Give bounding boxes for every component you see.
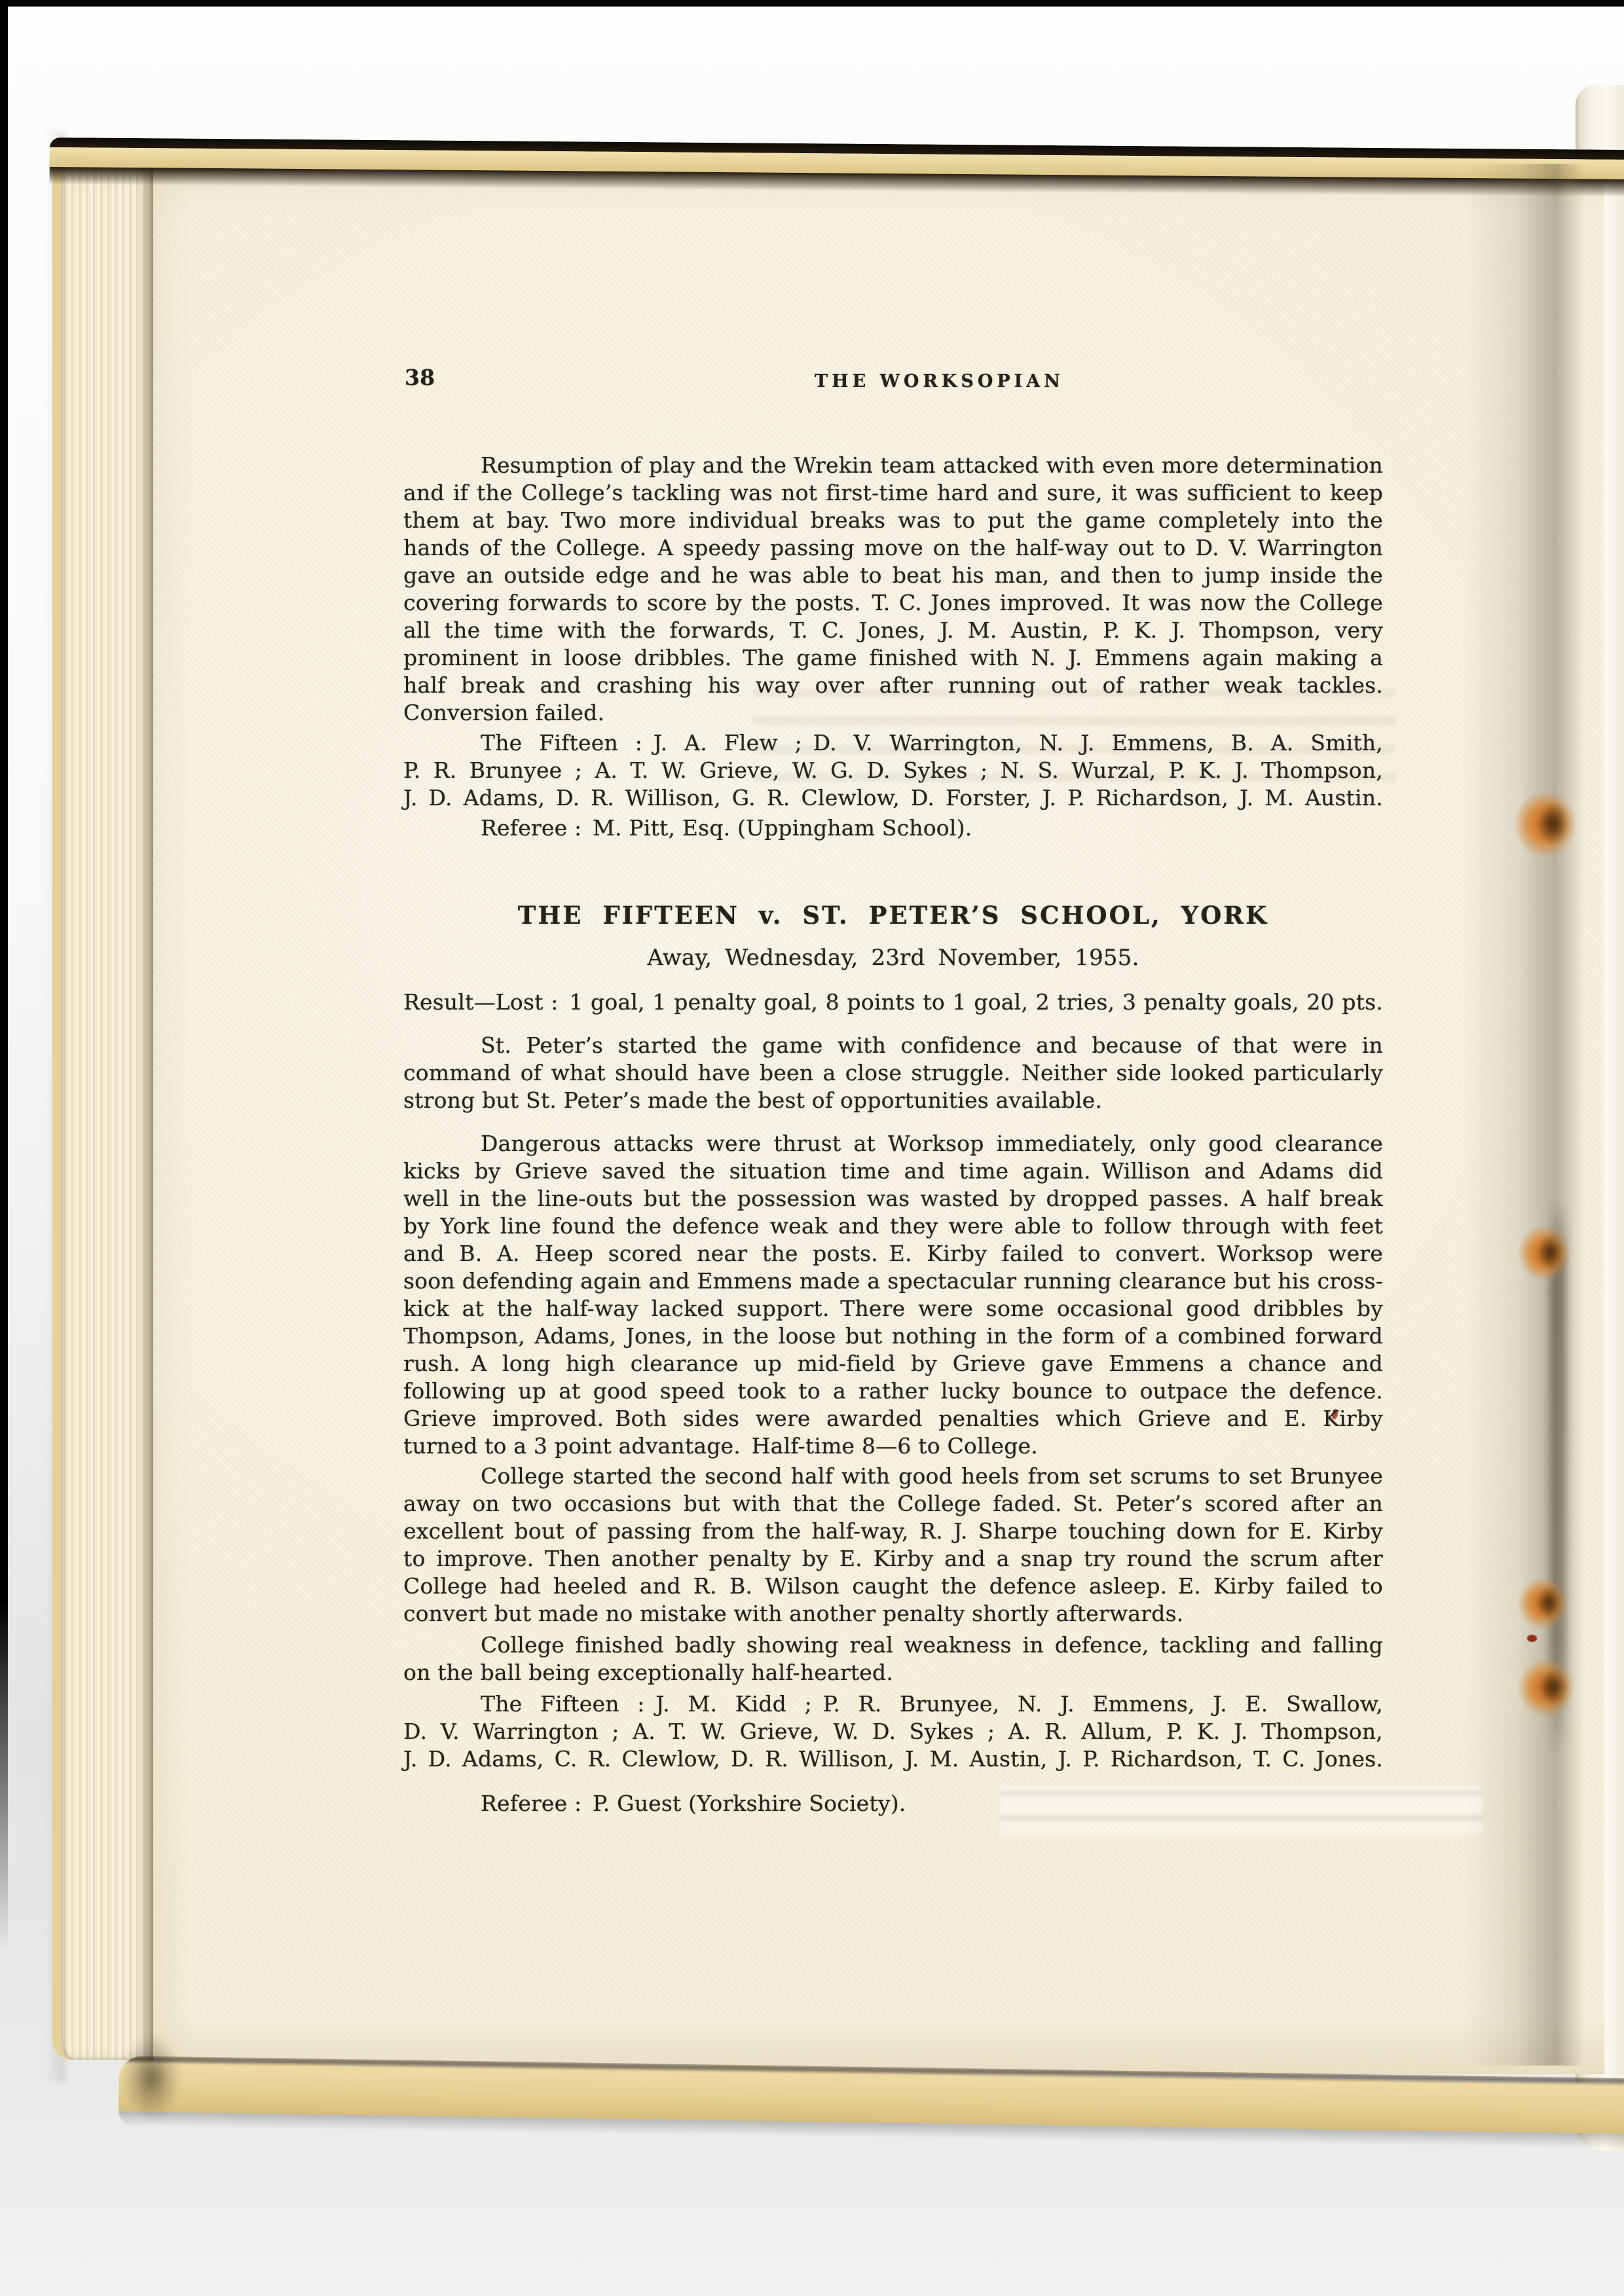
- wrekin-match-paragraph: Resumption of play and the Wrekin team a…: [403, 452, 1383, 727]
- st-peters-team-list: The Fifteen : J. M. Kidd ; P. R. Brunyee…: [403, 1690, 1383, 1773]
- red-ink-speck: [1527, 1635, 1537, 1642]
- text-line: away on two occasions but with that the …: [403, 1490, 1383, 1518]
- text-line: all the time with the forwards, T. C. Jo…: [403, 617, 1383, 644]
- match-heading: THE FIFTEEN v. ST. PETER’S SCHOOL, YORK: [403, 901, 1383, 930]
- text-line: by York line found the defence weak and …: [403, 1212, 1383, 1240]
- foxing-spot: [1518, 1226, 1570, 1281]
- text-line: College had heeled and R. B. Wilson caug…: [403, 1573, 1383, 1600]
- text-line: rush. A long high clearance up mid-field…: [403, 1350, 1383, 1377]
- text-line: convert but made no mistake with another…: [403, 1600, 1383, 1628]
- text-line: following up at good speed took to a rat…: [403, 1377, 1383, 1405]
- text-line: soon defending again and Emmens made a s…: [403, 1267, 1383, 1295]
- text-line: P. R. Brunyee ; A. T. W. Grieve, W. G. D…: [403, 757, 1383, 784]
- text-line: hands of the College. A speedy passing m…: [403, 534, 1383, 562]
- gutter-shadow: [1464, 164, 1585, 2066]
- text-line: turned to a 3 point advantage. Half-time…: [403, 1432, 1383, 1460]
- text-line: on the ball being exceptionally half-hea…: [403, 1659, 1383, 1686]
- text-line: The Fifteen : J. M. Kidd ; P. R. Brunyee…: [403, 1690, 1383, 1718]
- text-line: and if the College’s tackling was not fi…: [403, 479, 1383, 507]
- text-line: prominent in loose dribbles. The game fi…: [403, 644, 1383, 672]
- text-line: covering forwards to score by the posts.…: [403, 589, 1383, 617]
- text-line: kicks by Grieve saved the situation time…: [403, 1157, 1383, 1185]
- printed-text-column: 38 THE WORKSOPIAN Resumption of play and…: [403, 364, 1383, 1817]
- text-line: kick at the half-way lacked support. The…: [403, 1295, 1383, 1322]
- text-line: Conversion failed.: [403, 699, 1383, 727]
- text-line: D. V. Warrington ; A. T. W. Grieve, W. D…: [403, 1718, 1383, 1745]
- page-number: 38: [405, 364, 435, 392]
- text-line: Dangerous attacks were thrust at Worksop…: [403, 1130, 1383, 1157]
- wrekin-referee-line: Referee : M. Pitt, Esq. (Uppingham Schoo…: [403, 814, 1383, 842]
- scanned-book-page: { "colors": { "paper": "#f5eeda", "ink":…: [0, 0, 1624, 2296]
- text-line: Grieve improved. Both sides were awarded…: [403, 1405, 1383, 1432]
- st-peters-referee-line: Referee : P. Guest (Yorkshire Society).: [403, 1790, 1383, 1817]
- st-peters-paragraph-3: College started the second half with goo…: [403, 1463, 1383, 1628]
- cover-corner-shadow: [122, 2013, 220, 2121]
- text-line: J. D. Adams, D. R. Willison, G. R. Clewl…: [403, 784, 1383, 812]
- st-peters-paragraph-2: Dangerous attacks were thrust at Worksop…: [403, 1130, 1383, 1460]
- text-line: to improve. Then another penalty by E. K…: [403, 1545, 1383, 1573]
- scanner-top-edge: [0, 0, 1624, 7]
- text-line: command of what should have been a close…: [403, 1059, 1383, 1087]
- match-date-line: Away, Wednesday, 23rd November, 1955.: [403, 944, 1383, 972]
- text-line: J. D. Adams, C. R. Clewlow, D. R. Willis…: [403, 1745, 1383, 1773]
- foxing-spot: [1518, 1578, 1568, 1629]
- foxing-spot: [1518, 1659, 1574, 1717]
- text-line: St. Peter’s started the game with confid…: [403, 1032, 1383, 1059]
- running-title: THE WORKSOPIAN: [815, 368, 1064, 395]
- match-result-line: Result—Lost : 1 goal, 1 penalty goal, 8 …: [403, 989, 1383, 1016]
- foxing-spot: [1514, 791, 1577, 858]
- st-peters-paragraph-1: St. Peter’s started the game with confid…: [403, 1032, 1383, 1114]
- text-line: half break and crashing his way over aft…: [403, 672, 1383, 699]
- text-line: well in the line-outs but the possession…: [403, 1185, 1383, 1212]
- scanner-left-edge: [0, 0, 8, 1951]
- running-header: 38 THE WORKSOPIAN: [403, 364, 1383, 393]
- st-peters-paragraph-4: College finished badly showing real weak…: [403, 1631, 1383, 1686]
- text-line: strong but St. Peter’s made the best of …: [403, 1087, 1383, 1114]
- text-line: gave an outside edge and he was able to …: [403, 562, 1383, 589]
- text-line: College started the second half with goo…: [403, 1463, 1383, 1490]
- result-text: Result—Lost : 1 goal, 1 penalty goal, 8 …: [403, 989, 1383, 1016]
- text-line: Thompson, Adams, Jones, in the loose but…: [403, 1322, 1383, 1350]
- text-line: excellent bout of passing from the half-…: [403, 1518, 1383, 1545]
- text-line: College finished badly showing real weak…: [403, 1631, 1383, 1659]
- text-line: them at bay. Two more individual breaks …: [403, 507, 1383, 534]
- page-stack-fore-edge: [52, 148, 153, 2060]
- text-line: Resumption of play and the Wrekin team a…: [403, 452, 1383, 479]
- wrekin-team-list: The Fifteen : J. A. Flew ; D. V. Warring…: [403, 729, 1383, 812]
- text-line: and B. A. Heep scored near the posts. E.…: [403, 1240, 1383, 1267]
- text-line: The Fifteen : J. A. Flew ; D. V. Warring…: [403, 729, 1383, 757]
